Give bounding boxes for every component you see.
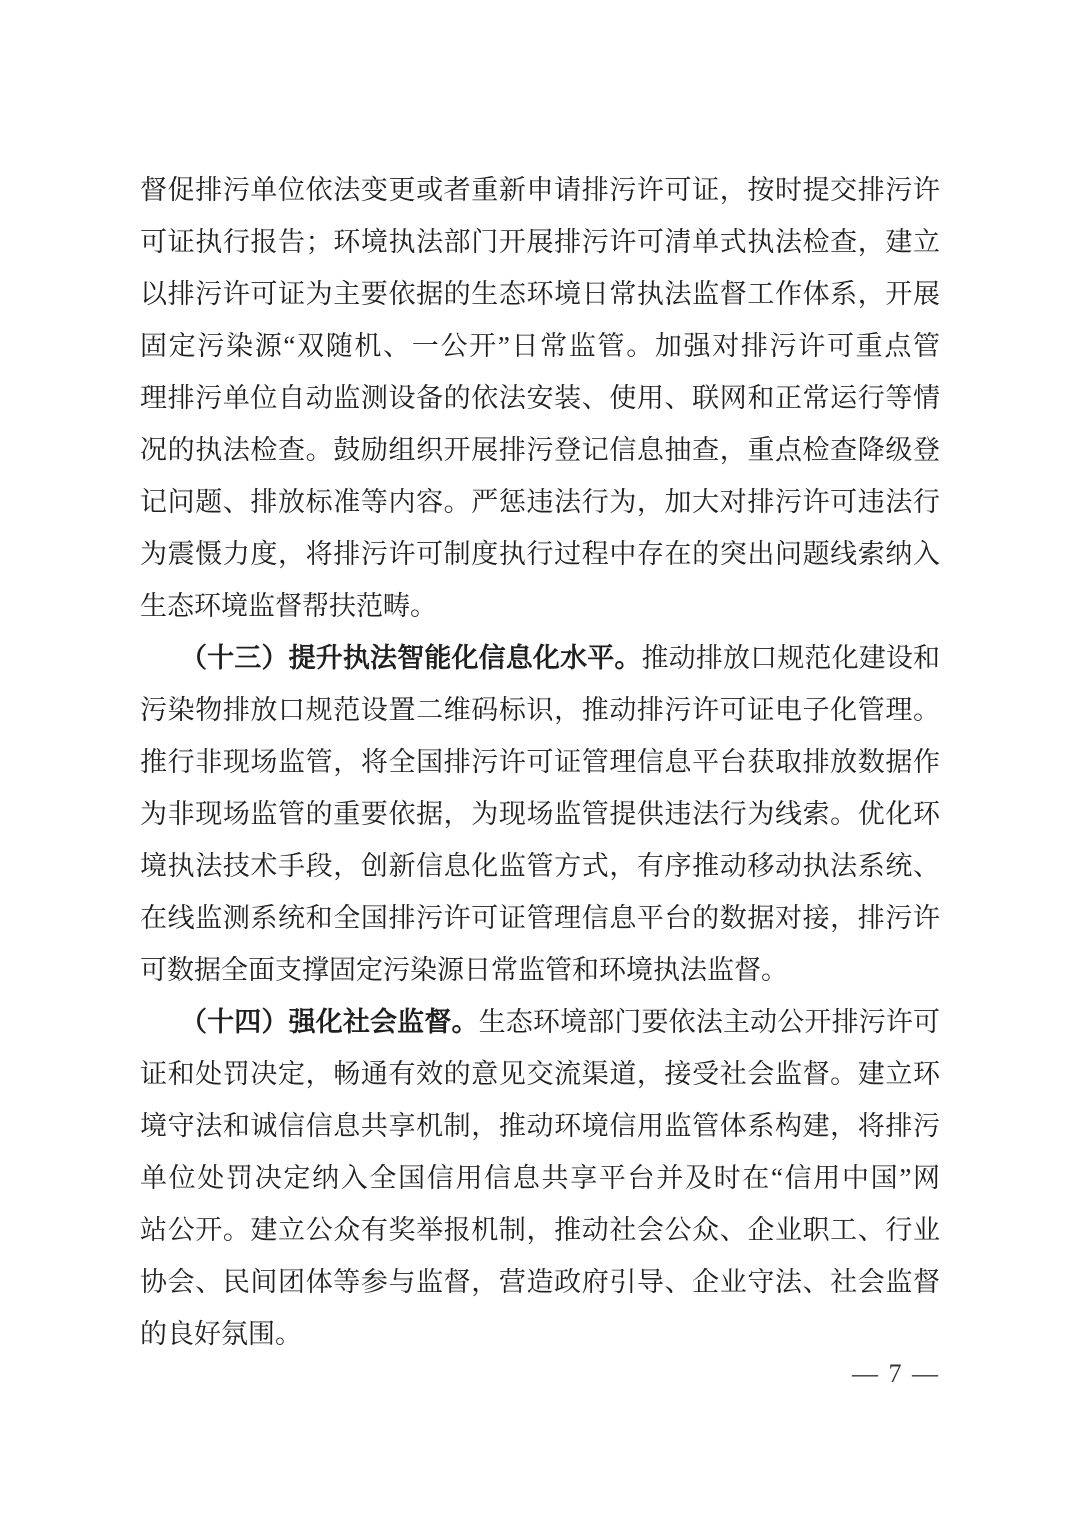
document-page: 督促排污单位依法变更或者重新申请排污许可证，按时提交排污许 可证执行报告；环境执… bbox=[0, 0, 1080, 1528]
text-line: 理排污单位自动监测设备的依法安装、使用、联网和正常运行等情 bbox=[140, 372, 940, 424]
text-line: 可证执行报告；环境执法部门开展排污许可清单式执法检查，建立 bbox=[140, 216, 940, 268]
text-line: 记问题、排放标准等内容。严惩违法行为，加大对排污许可违法行 bbox=[140, 476, 940, 528]
text-line: 境守法和诚信信息共享机制，推动环境信用监管体系构建，将排污 bbox=[140, 1100, 940, 1152]
document-body: 督促排污单位依法变更或者重新申请排污许可证，按时提交排污许 可证执行报告；环境执… bbox=[140, 164, 940, 1388]
text-line: 为震慑力度，将排污许可制度执行过程中存在的突出问题线索纳入 bbox=[140, 528, 940, 580]
text-line-section-14: （十四）强化社会监督。生态环境部门要依法主动公开排污许可 bbox=[140, 996, 940, 1048]
text-line: 证和处罚决定，畅通有效的意见交流渠道，接受社会监督。建立环 bbox=[140, 1048, 940, 1100]
text-line: 站公开。建立公众有奖举报机制，推动社会公众、企业职工、行业 bbox=[140, 1204, 940, 1256]
section-heading-14: （十四）强化社会监督。 bbox=[180, 1007, 479, 1037]
text-line-paragraph-end: 生态环境监督帮扶范畴。 bbox=[140, 580, 940, 632]
text-line-paragraph-end: 的良好氛围。 bbox=[140, 1308, 940, 1360]
text-line: 在线监测系统和全国排污许可证管理信息平台的数据对接，排污许 bbox=[140, 892, 940, 944]
text-line: 以排污许可证为主要依据的生态环境日常执法监督工作体系，开展 bbox=[140, 268, 940, 320]
text-line: 督促排污单位依法变更或者重新申请排污许可证，按时提交排污许 bbox=[140, 164, 940, 216]
text-line: 推行非现场监管，将全国排污许可证管理信息平台获取排放数据作 bbox=[140, 736, 940, 788]
text-line: 单位处罚决定纳入全国信用信息共享平台并及时在“信用中国”网 bbox=[140, 1152, 940, 1204]
text-line: 协会、民间团体等参与监督，营造政府引导、企业守法、社会监督 bbox=[140, 1256, 940, 1308]
section-heading-13: （十三）提升执法智能化信息化水平。 bbox=[180, 643, 642, 673]
text-line: 况的执法检查。鼓励组织开展排污登记信息抽查，重点检查降级登 bbox=[140, 424, 940, 476]
section-13-body-start: 推动排放口规范化建设和 bbox=[642, 643, 940, 673]
text-line-section-13: （十三）提升执法智能化信息化水平。推动排放口规范化建设和 bbox=[140, 632, 940, 684]
text-line: 为非现场监管的重要依据，为现场监管提供违法行为线索。优化环 bbox=[140, 788, 940, 840]
text-line-paragraph-end: 可数据全面支撑固定污染源日常监管和环境执法监督。 bbox=[140, 944, 940, 996]
section-14-body-start: 生态环境部门要依法主动公开排污许可 bbox=[479, 1007, 940, 1037]
page-number: — 7 — bbox=[140, 1360, 940, 1388]
text-line: 固定污染源“双随机、一公开”日常监管。加强对排污许可重点管 bbox=[140, 320, 940, 372]
text-line: 境执法技术手段，创新信息化监管方式，有序推动移动执法系统、 bbox=[140, 840, 940, 892]
text-line: 污染物排放口规范设置二维码标识，推动排污许可证电子化管理。 bbox=[140, 684, 940, 736]
